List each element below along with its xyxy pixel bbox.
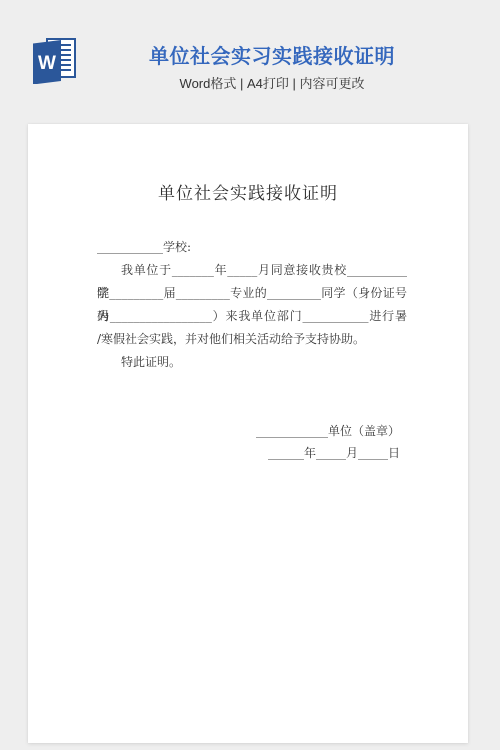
template-preview: W 单位社会实习实践接收证明 Word格式 | A4打印 | 内容可更改 单位社…: [0, 0, 500, 750]
document-body: ___________学校: 我单位于_______年_____月同意接收贵校_…: [97, 236, 407, 374]
doc-line-paragraph-4: /寒假社会实践，并对他们相关活动给予支持协助。: [97, 328, 407, 351]
doc-line-paragraph-3: 为_________________）来我单位部门___________进行暑: [97, 305, 407, 328]
page-subtitle: Word格式 | A4打印 | 内容可更改: [44, 76, 500, 92]
header: 单位社会实习实践接收证明 Word格式 | A4打印 | 内容可更改: [44, 43, 500, 92]
doc-line-closing: 特此证明。: [97, 351, 407, 374]
document-page: 单位社会实践接收证明 ___________学校: 我单位于_______年__…: [28, 124, 468, 743]
date-line: ______年_____月_____日: [256, 442, 400, 464]
document-title: 单位社会实践接收证明: [28, 182, 468, 206]
doc-line-paragraph-1: 我单位于_______年_____月同意接收贵校__________学: [97, 259, 407, 282]
doc-line-paragraph-2: 院_________届_________专业的_________同学（身份证号码: [97, 282, 407, 305]
signature-line: ____________单位（盖章）: [256, 420, 400, 442]
page-title: 单位社会实习实践接收证明: [44, 43, 500, 71]
signature-block: ____________单位（盖章） ______年_____月_____日: [256, 420, 400, 464]
doc-line-school: ___________学校:: [97, 236, 407, 259]
